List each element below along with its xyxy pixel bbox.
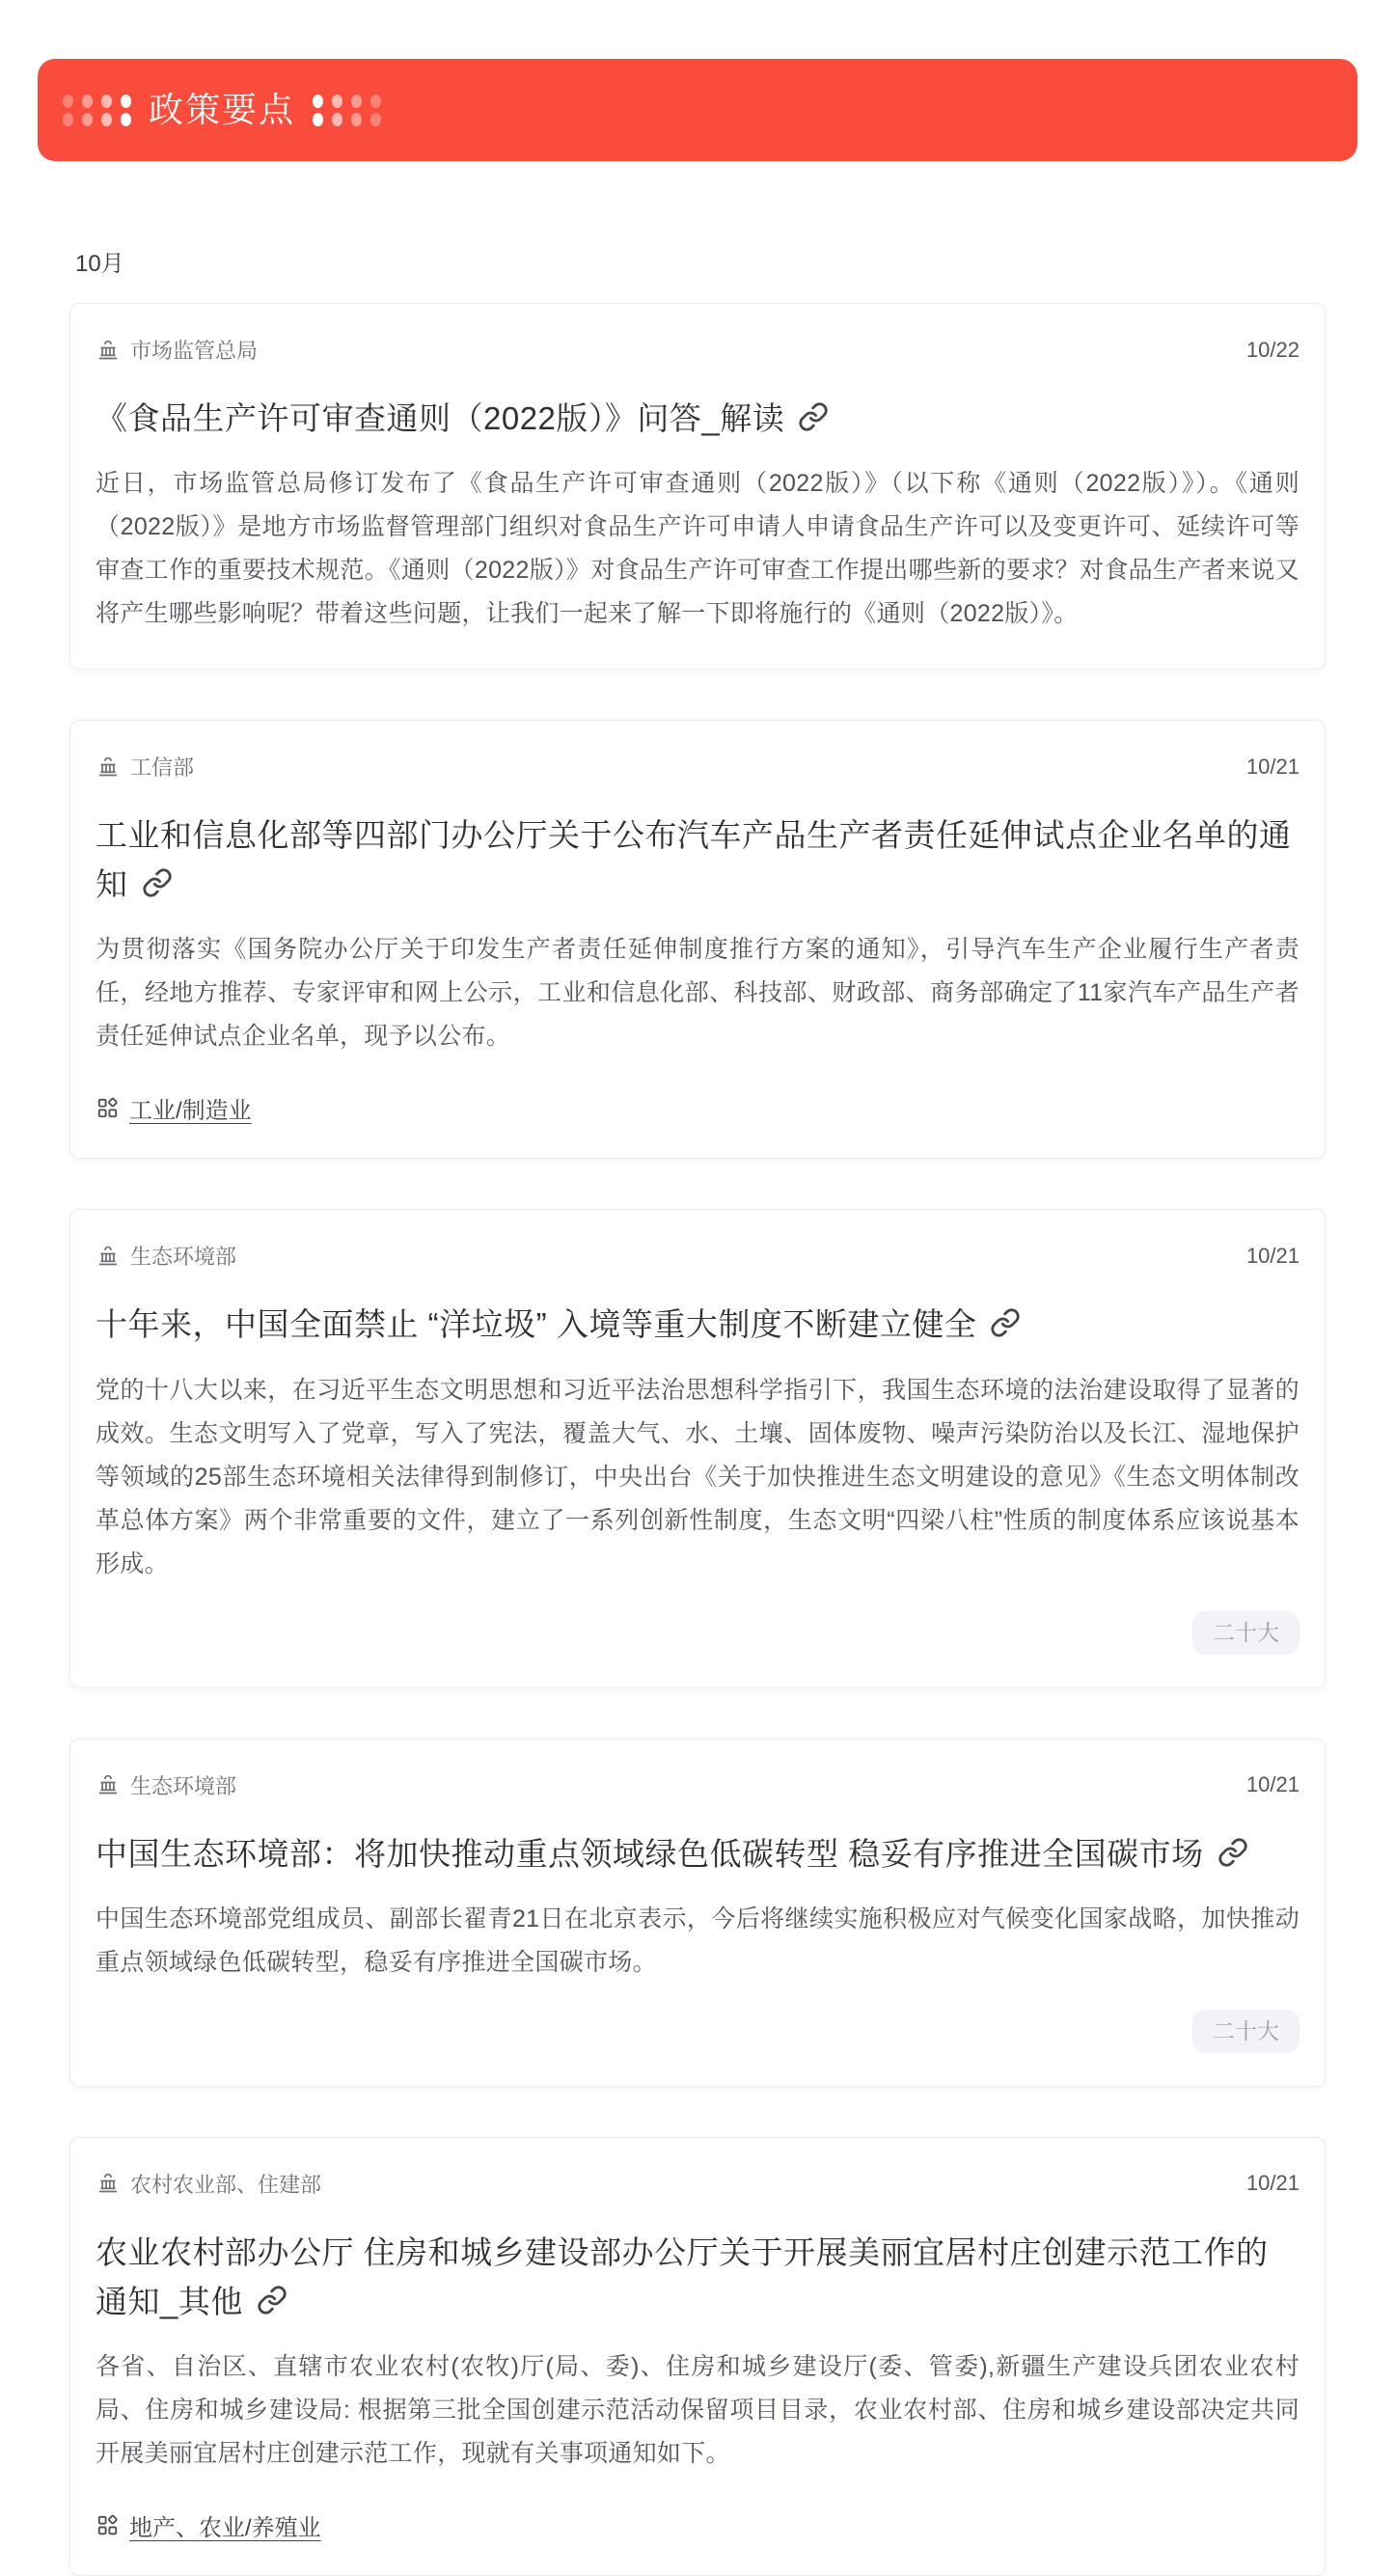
card-summary: 为贯彻落实《国务院办公厅关于印发生产者责任延伸制度推行方案的通知》，引导汽车生产… [96,928,1299,1058]
topic-badge: 二十大 [1192,2010,1299,2053]
category-grid-icon [96,1096,120,1120]
card-title[interactable]: 工业和信息化部等四部门办公厅关于公布汽车产品生产者责任延伸试点企业名单的通知 [96,810,1299,909]
page-header-banner: 政策要点 [38,59,1357,161]
card-summary: 各省、自治区、直辖市农业农村(农牧)厅(局、委)、住房和城乡建设厅(委、管委),… [96,2345,1299,2476]
card-title[interactable]: 十年来，中国全面禁止 “洋垃圾” 入境等重大制度不断建立健全 [96,1300,1299,1349]
institution-name: 工信部 [130,752,194,781]
institution: 工信部 [96,752,194,781]
dot-decoration-right [313,95,381,126]
policy-card-list: 市场监管总局 10/22 《食品生产许可审查通则（2022版）》问答_解读 近日… [69,303,1326,2576]
topic-badge: 二十大 [1192,1611,1299,1655]
policy-card: 生态环境部 10/21 中国生态环境部：将加快推动重点领域绿色低碳转型 稳妥有序… [69,1739,1326,2087]
bank-building-icon [96,1244,121,1269]
industry-tag-link[interactable]: 地产、农业/养殖业 [129,2508,321,2542]
card-title-text[interactable]: 《食品生产许可审查通则（2022版）》问答_解读 [96,400,784,436]
card-summary: 中国生态环境部党组成员、副部长翟青21日在北京表示，今后将继续实施积极应对气候变… [96,1898,1299,1985]
card-header: 生态环境部 10/21 [96,1241,1299,1271]
tag-row: 工业/制造业 [96,1091,1299,1125]
institution-name: 生态环境部 [130,1241,236,1271]
badge-row: 二十大 [96,1611,1299,1655]
link-chain-icon[interactable] [990,1307,1021,1338]
card-header: 市场监管总局 10/22 [96,335,1299,365]
institution: 市场监管总局 [96,335,258,365]
card-date: 10/21 [1246,2171,1299,2196]
card-date: 10/21 [1246,1244,1299,1269]
card-date: 10/21 [1246,1772,1299,1797]
card-header: 生态环境部 10/21 [96,1770,1299,1800]
card-title[interactable]: 《食品生产许可审查通则（2022版）》问答_解读 [96,394,1299,443]
industry-tag-link[interactable]: 工业/制造业 [129,1091,252,1125]
month-label: 10月 [75,244,1395,278]
policy-card: 生态环境部 10/21 十年来，中国全面禁止 “洋垃圾” 入境等重大制度不断建立… [69,1209,1326,1687]
institution-name: 农村农业部、住建部 [130,2169,321,2199]
institution: 生态环境部 [96,1770,236,1800]
card-title[interactable]: 中国生态环境部：将加快推动重点领域绿色低碳转型 稳妥有序推进全国碳市场 [96,1829,1299,1878]
policy-highlights-page: 政策要点 10月 市场监管总局 10/22 《食品生产许可审查通则（2022版）… [0,0,1395,2576]
institution-name: 市场监管总局 [130,335,258,365]
card-header: 工信部 10/21 [96,752,1299,781]
policy-card: 农村农业部、住建部 10/21 农业农村部办公厅 住房和城乡建设部办公厅关于开展… [69,2137,1326,2576]
policy-card: 市场监管总局 10/22 《食品生产许可审查通则（2022版）》问答_解读 近日… [69,303,1326,670]
link-chain-icon[interactable] [257,2285,287,2316]
card-summary: 党的十八大以来，在习近平生态文明思想和习近平法治思想科学指引下，我国生态环境的法… [96,1369,1299,1586]
card-date: 10/22 [1246,338,1299,363]
card-title-text[interactable]: 工业和信息化部等四部门办公厅关于公布汽车产品生产者责任延伸试点企业名单的通知 [96,817,1292,902]
page-title: 政策要点 [149,93,295,127]
institution-name: 生态环境部 [130,1770,236,1800]
card-title[interactable]: 农业农村部办公厅 住房和城乡建设部办公厅关于开展美丽宜居村庄创建示范工作的通知_… [96,2228,1299,2326]
bank-building-icon [96,2171,121,2196]
card-title-text[interactable]: 中国生态环境部：将加快推动重点领域绿色低碳转型 稳妥有序推进全国碳市场 [96,1836,1204,1872]
badge-row: 二十大 [96,2010,1299,2053]
link-chain-icon[interactable] [142,867,173,898]
policy-card: 工信部 10/21 工业和信息化部等四部门办公厅关于公布汽车产品生产者责任延伸试… [69,720,1326,1159]
bank-building-icon [96,754,121,780]
bank-building-icon [96,338,121,363]
institution: 农村农业部、住建部 [96,2169,321,2199]
dot-decoration-left [63,95,131,126]
link-chain-icon[interactable] [798,401,829,432]
category-grid-icon [96,2513,120,2537]
link-chain-icon[interactable] [1217,1837,1248,1868]
card-header: 农村农业部、住建部 10/21 [96,2169,1299,2199]
card-summary: 近日，市场监管总局修订发布了《食品生产许可审查通则（2022版）》（以下称《通则… [96,462,1299,636]
card-date: 10/21 [1246,754,1299,780]
institution: 生态环境部 [96,1241,236,1271]
tag-row: 地产、农业/养殖业 [96,2508,1299,2542]
card-title-text[interactable]: 十年来，中国全面禁止 “洋垃圾” 入境等重大制度不断建立健全 [96,1306,976,1342]
bank-building-icon [96,1772,121,1797]
